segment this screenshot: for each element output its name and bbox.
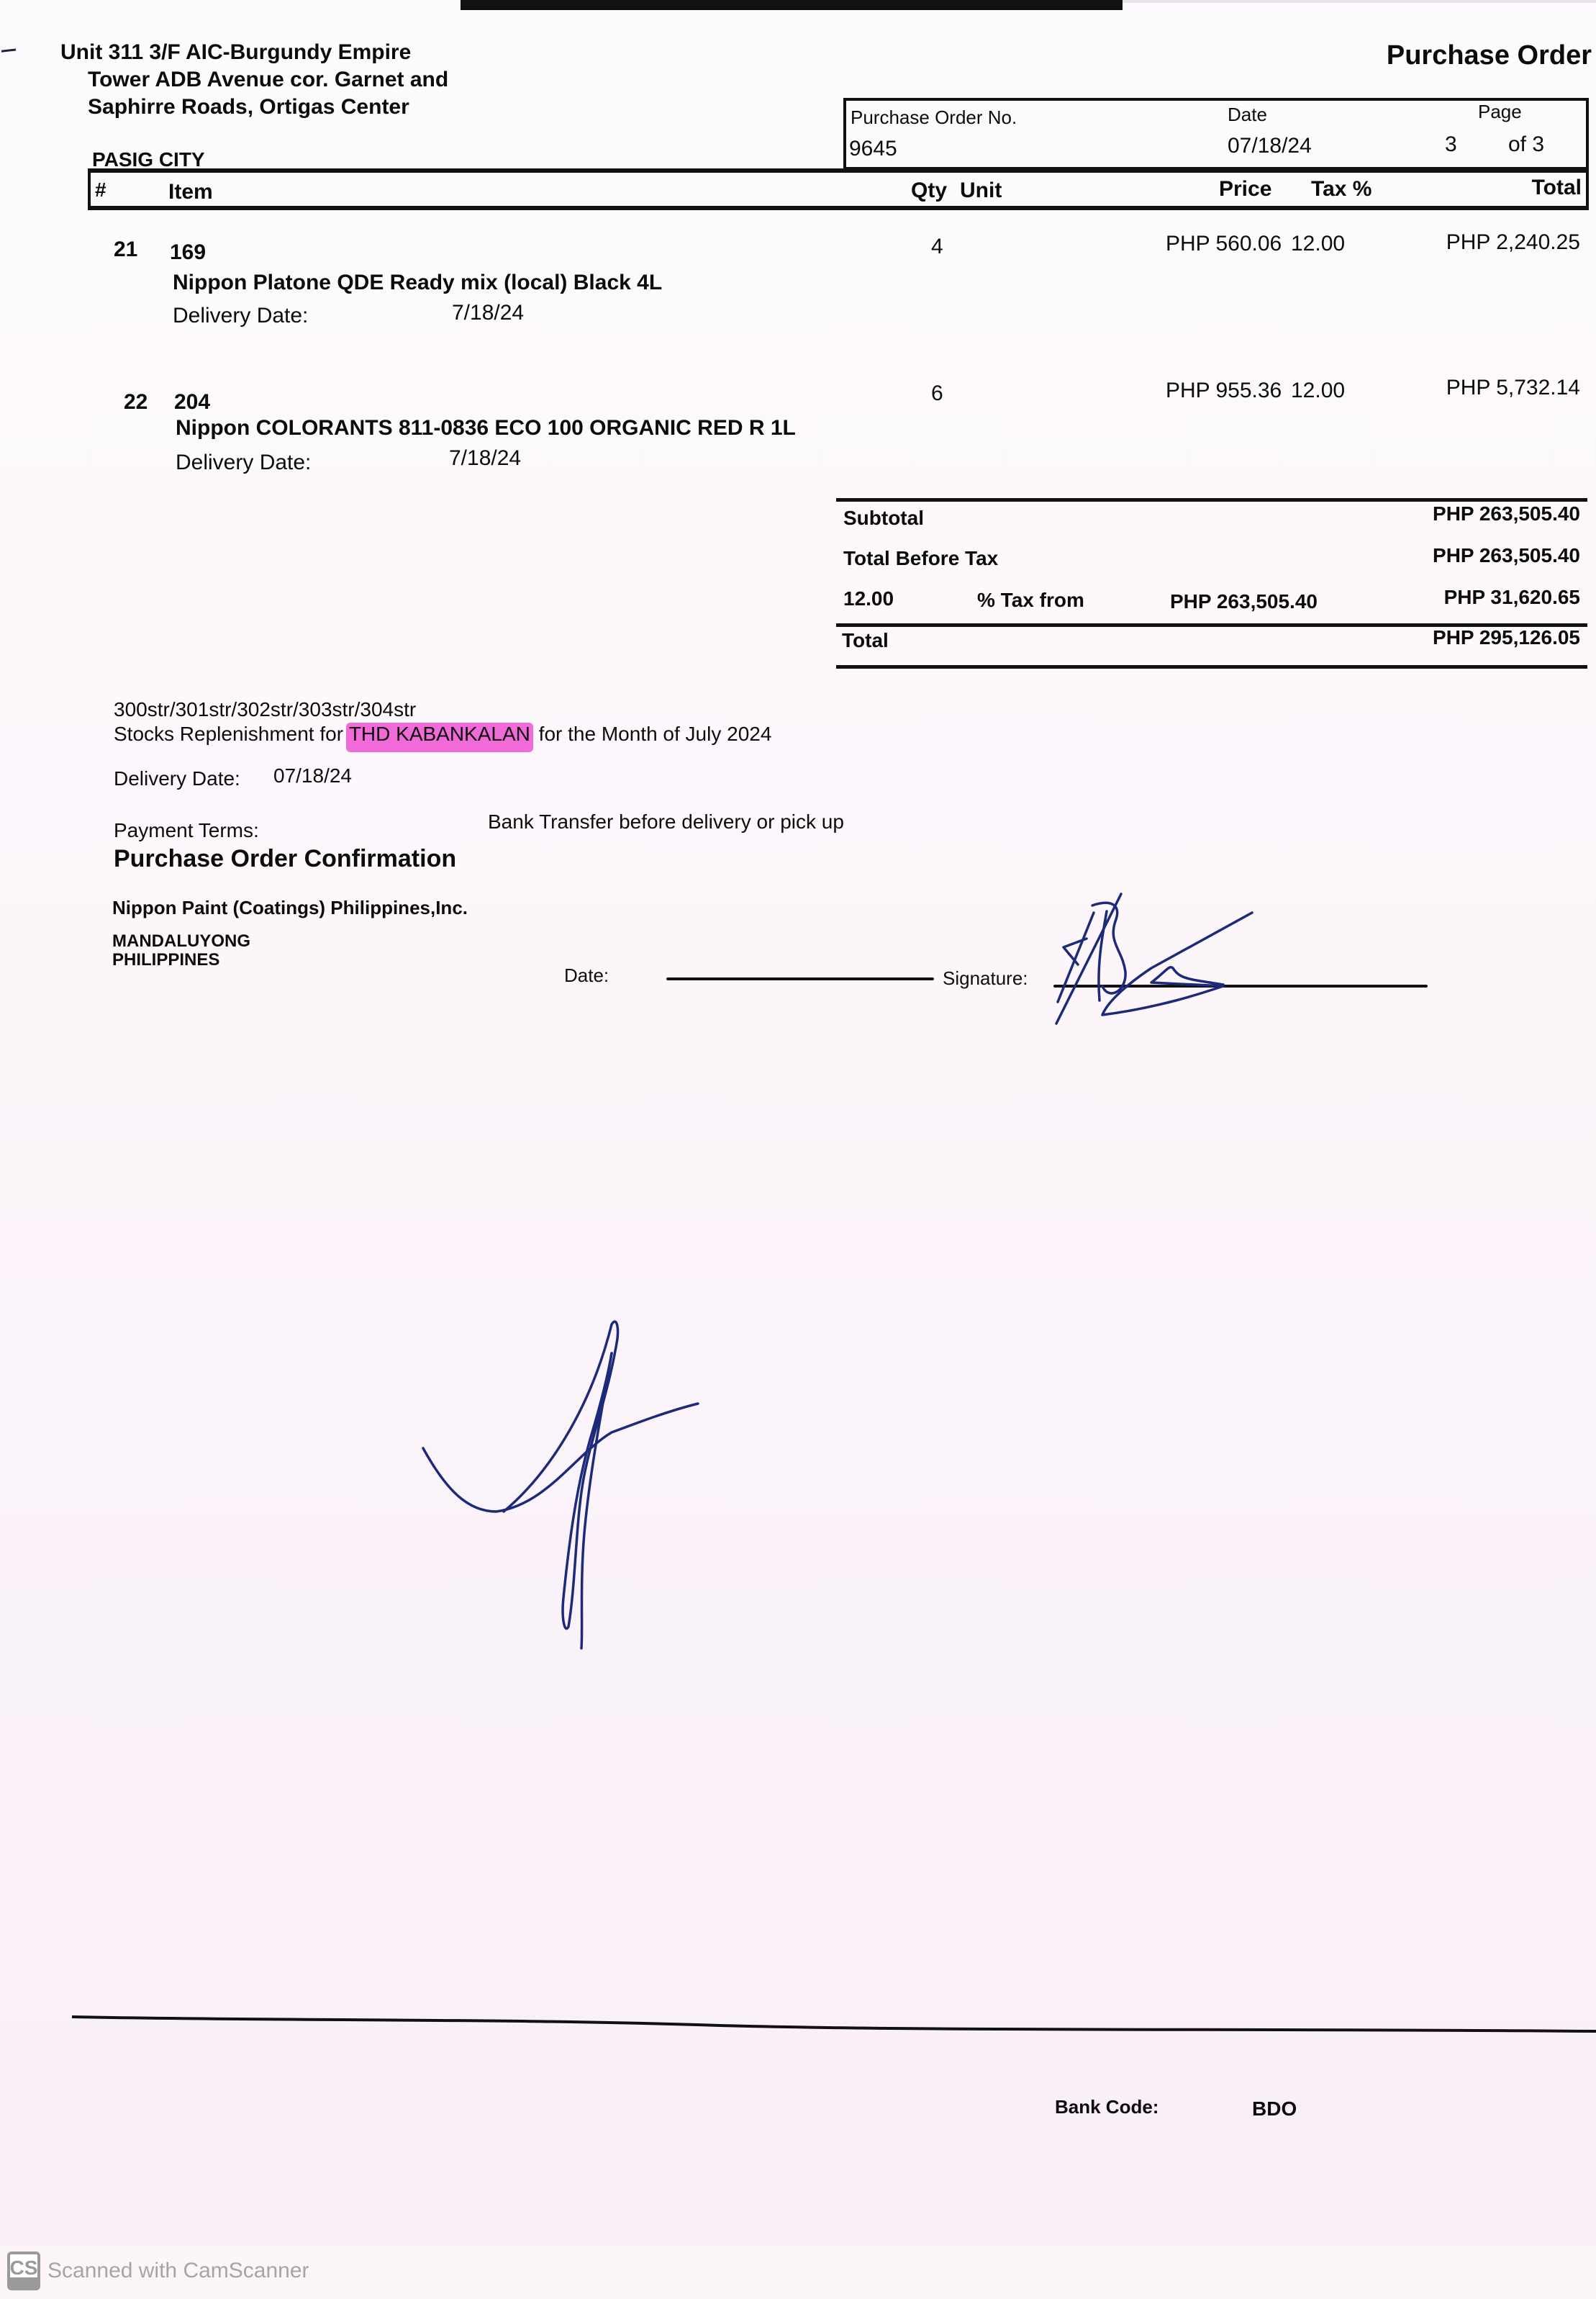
col-total: Total	[1532, 176, 1582, 200]
po-number-label: Purchase Order No.	[851, 107, 1017, 129]
signoff-date-label: Date:	[564, 965, 609, 987]
document-title: Purchase Order	[1387, 40, 1592, 71]
po-number: 9645	[849, 137, 897, 161]
totals-top-rule	[836, 498, 1587, 502]
scan-edge	[1123, 0, 1596, 3]
item-qty: 6	[931, 381, 943, 406]
bottom-rule	[0, 2001, 1596, 2059]
address-line-3: Saphirre Roads, Ortigas Center	[66, 94, 448, 121]
page-label: Page	[1478, 101, 1522, 123]
item-price: PHP 955.36	[1166, 379, 1282, 403]
signature-initials-icon	[935, 864, 1511, 1051]
company-address: Unit 311 3/F AIC-Burgundy Empire Tower A…	[66, 39, 448, 121]
delivery-date-label: Delivery Date:	[176, 451, 311, 475]
item-code: 204	[174, 390, 210, 415]
delivery-date: 7/18/24	[449, 446, 521, 471]
item-description: Nippon Platone QDE Ready mix (local) Bla…	[173, 271, 662, 295]
page-current: 3	[1445, 132, 1457, 157]
col-unit: Unit	[960, 179, 1002, 203]
remarks-delivery-date: 07/18/24	[273, 764, 352, 787]
address-line-1: Unit 311 3/F AIC-Burgundy Empire	[66, 39, 448, 66]
camscanner-logo-icon: CS	[7, 2251, 40, 2290]
signature-scrawl-icon	[360, 1296, 792, 1699]
address-line-2: Tower ADB Avenue cor. Garnet and	[66, 66, 448, 94]
totals-bottom-rule	[836, 665, 1587, 669]
replenishment-suffix: for the Month of July 2024	[533, 723, 772, 745]
po-header-box: Purchase Order No. 9645 Date 07/18/24 Pa…	[843, 98, 1589, 171]
po-date: 07/18/24	[1228, 134, 1312, 158]
tax-base: PHP 263,505.40	[1170, 590, 1318, 613]
col-tax: Tax %	[1311, 177, 1371, 202]
total-before-tax-value: PHP 263,505.40	[1433, 544, 1580, 567]
highlighted-branch: THD KABANKALAN	[346, 723, 533, 752]
item-total: PHP 2,240.25	[1446, 230, 1580, 255]
row-number: 21	[114, 238, 137, 262]
subtotal-value: PHP 263,505.40	[1433, 502, 1580, 525]
date-line	[666, 977, 934, 980]
subtotal-label: Subtotal	[843, 507, 924, 530]
bank-code-label: Bank Code:	[1055, 2096, 1159, 2118]
col-price: Price	[1219, 177, 1271, 202]
scan-edge-shadow	[461, 0, 1123, 10]
replenishment-note: Stocks Replenishment for THD KABANKALAN …	[114, 723, 771, 746]
col-item: Item	[168, 180, 213, 204]
vendor-city: MANDALUYONG	[112, 931, 250, 952]
tax-from-label: % Tax from	[977, 589, 1084, 612]
grand-total-label: Total	[842, 629, 889, 652]
payment-terms-value: Bank Transfer before delivery or pick up	[488, 810, 844, 834]
item-total: PHP 5,732.14	[1446, 376, 1580, 400]
item-tax: 12.00	[1291, 379, 1345, 403]
store-codes: 300str/301str/302str/303str/304str	[114, 698, 416, 721]
row-number: 22	[124, 390, 148, 415]
page-total: of 3	[1508, 132, 1544, 157]
grand-total-value: PHP 295,126.05	[1433, 626, 1580, 649]
tax-rate: 12.00	[843, 587, 894, 610]
tax-amount: PHP 31,620.65	[1444, 586, 1580, 609]
col-qty: Qty	[911, 179, 947, 203]
vendor-name: Nippon Paint (Coatings) Philippines,Inc.	[112, 897, 468, 919]
item-tax: 12.00	[1291, 232, 1345, 256]
remarks-delivery-label: Delivery Date:	[114, 767, 240, 790]
delivery-date-label: Delivery Date:	[173, 304, 308, 328]
delivery-date: 7/18/24	[452, 301, 524, 325]
item-description: Nippon COLORANTS 811-0836 ECO 100 ORGANI…	[176, 416, 796, 441]
item-code: 169	[170, 240, 206, 265]
item-qty: 4	[931, 235, 943, 259]
pen-mark-icon	[1, 45, 19, 60]
camscanner-watermark: CS Scanned with CamScanner	[7, 2251, 309, 2290]
camscanner-text: Scanned with CamScanner	[47, 2259, 309, 2283]
scanned-page	[0, 0, 1596, 2246]
vendor-country: PHILIPPINES	[112, 950, 219, 970]
date-label: Date	[1228, 104, 1267, 126]
address-text-1: Unit 311 3/F AIC-Burgundy Empire	[60, 39, 411, 66]
confirmation-title: Purchase Order Confirmation	[114, 845, 456, 873]
table-header: # Item Qty Unit Price Tax % Total	[88, 168, 1589, 210]
total-before-tax-label: Total Before Tax	[843, 547, 998, 570]
replenishment-prefix: Stocks Replenishment for	[114, 723, 349, 745]
col-num: #	[95, 179, 106, 202]
item-price: PHP 560.06	[1166, 232, 1282, 256]
payment-terms-label: Payment Terms:	[114, 819, 259, 842]
bank-code-value: BDO	[1252, 2097, 1297, 2120]
